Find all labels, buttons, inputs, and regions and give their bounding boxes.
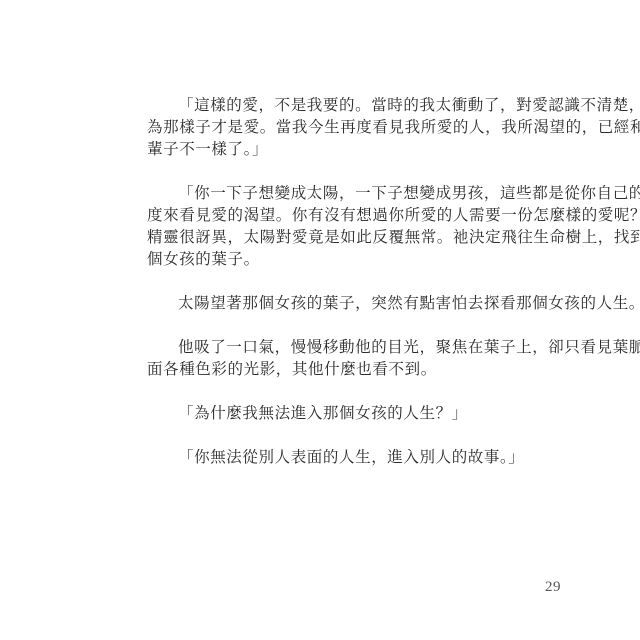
text-line: 「你無法從別人表面的人生，進入別人的故事。」 bbox=[147, 446, 567, 468]
text-line: 「為什麼我無法進入那個女孩的人生？」 bbox=[147, 402, 567, 424]
book-page: 「這樣的愛，不是我要的。當時的我太衝動了，對愛認識不清楚，以 為那樣子才是愛。當… bbox=[0, 0, 640, 640]
page-number: 29 bbox=[545, 579, 561, 596]
paragraph-1: 「這樣的愛，不是我要的。當時的我太衝動了，對愛認識不清楚，以 為那樣子才是愛。當… bbox=[147, 94, 567, 160]
text-line: 度來看見愛的渴望。你有沒有想過你所愛的人需要一份怎麼樣的愛呢？」 bbox=[147, 204, 567, 226]
text-line: 為那樣子才是愛。當我今生再度看見我所愛的人，我所渴望的，已經和上 bbox=[147, 116, 567, 138]
paragraph-3: 太陽望著那個女孩的葉子，突然有點害怕去探看那個女孩的人生。 bbox=[147, 292, 567, 314]
text-line: 他吸了一口氣，慢慢移動他的目光，聚焦在葉子上，卻只看見葉脈上 bbox=[147, 336, 567, 358]
text-line: 「你一下子想變成太陽，一下子想變成男孩，這些都是從你自己的角 bbox=[147, 182, 567, 204]
text-line: 「這樣的愛，不是我要的。當時的我太衝動了，對愛認識不清楚，以 bbox=[147, 94, 567, 116]
text-line: 面各種色彩的光影，其他什麼也看不到。 bbox=[147, 358, 567, 380]
text-line: 輩子不一樣了。」 bbox=[147, 138, 567, 160]
text-line: 個女孩的葉子。 bbox=[147, 248, 567, 270]
paragraph-5: 「為什麼我無法進入那個女孩的人生？」 bbox=[147, 402, 567, 424]
paragraph-2: 「你一下子想變成太陽，一下子想變成男孩，這些都是從你自己的角 度來看見愛的渴望。… bbox=[147, 182, 567, 270]
text-line: 精靈很訝異，太陽對愛竟是如此反覆無常。祂決定飛往生命樹上，找到那 bbox=[147, 226, 567, 248]
text-line: 太陽望著那個女孩的葉子，突然有點害怕去探看那個女孩的人生。 bbox=[147, 292, 567, 314]
paragraph-6: 「你無法從別人表面的人生，進入別人的故事。」 bbox=[147, 446, 567, 468]
body-text: 「這樣的愛，不是我要的。當時的我太衝動了，對愛認識不清楚，以 為那樣子才是愛。當… bbox=[147, 94, 567, 490]
paragraph-4: 他吸了一口氣，慢慢移動他的目光，聚焦在葉子上，卻只看見葉脈上 面各種色彩的光影，… bbox=[147, 336, 567, 380]
